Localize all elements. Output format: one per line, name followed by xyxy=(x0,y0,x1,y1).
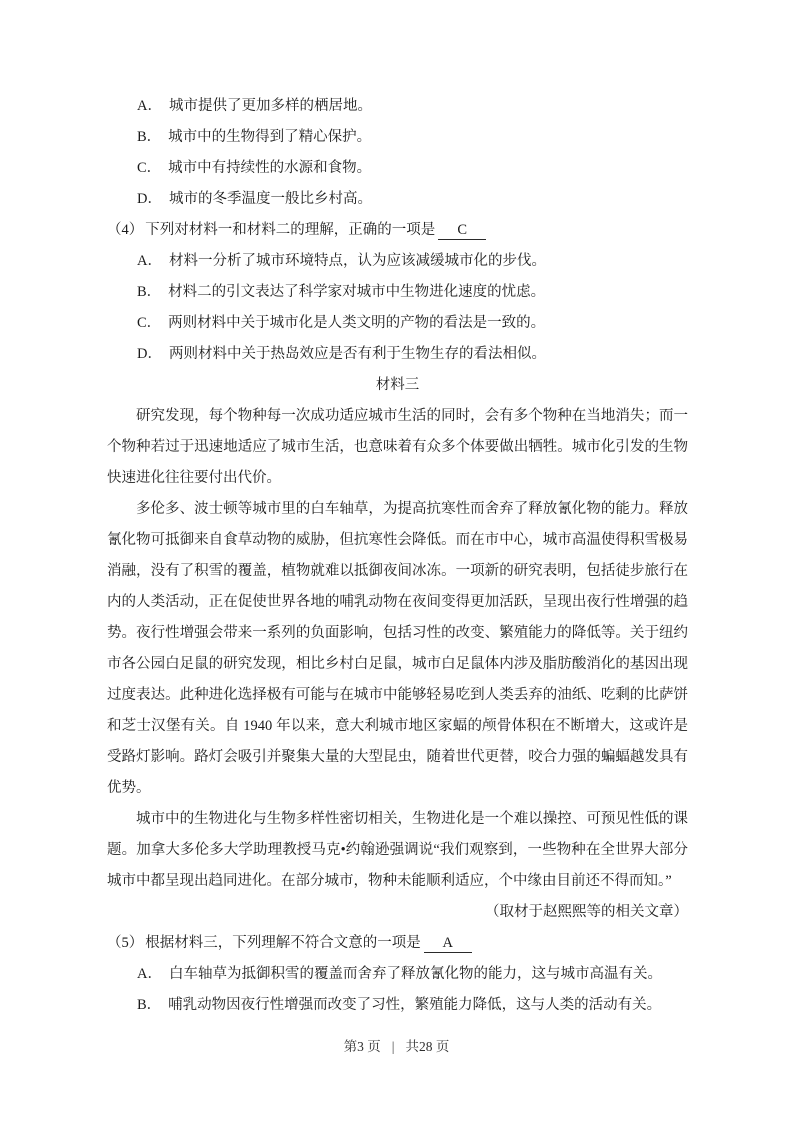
question-stem: 下列对材料一和材料二的理解，正确的一项是 xyxy=(145,222,435,238)
option-text: 城市提供了更加多样的栖居地。 xyxy=(169,98,372,114)
page-content: A．城市提供了更加多样的栖居地。 B．城市中的生物得到了精心保护。 C．城市中有… xyxy=(107,91,688,1021)
option-letter: B． xyxy=(137,990,161,1021)
q4-option-c: C．两则材料中关于城市化是人类文明的产物的看法是一致的。 xyxy=(107,308,688,339)
prev-option-b: B．城市中的生物得到了精心保护。 xyxy=(107,122,688,153)
footer-page-total: 共28 页 xyxy=(405,1039,449,1054)
footer-page-current: 第3 页 xyxy=(344,1039,381,1054)
q4-option-b: B．材料二的引文表达了科学家对城市中生物进化速度的忧虑。 xyxy=(107,277,688,308)
question-4: （4）下列对材料一和材料二的理解，正确的一项是C xyxy=(107,215,688,246)
page-footer: 第3 页|共28 页 xyxy=(0,1031,793,1062)
option-text: 两则材料中关于热岛效应是否有利于生物生存的看法相似。 xyxy=(169,346,546,362)
q5-option-b: B．哺乳动物因夜行性增强而改变了习性，繁殖能力降低，这与人类的活动有关。 xyxy=(107,990,688,1021)
option-letter: D． xyxy=(137,184,162,215)
prev-option-c: C．城市中有持续性的水源和食物。 xyxy=(107,153,688,184)
option-text: 城市中的生物得到了精心保护。 xyxy=(168,129,371,145)
option-text: 城市的冬季温度一般比乡村高。 xyxy=(169,191,372,207)
answer-blank-q4: C xyxy=(438,222,486,240)
question-number: （4） xyxy=(107,215,143,246)
option-letter: A． xyxy=(137,959,162,990)
question-5: （5）根据材料三，下列理解不符合文意的一项是A xyxy=(107,928,688,959)
option-text: 两则材料中关于城市化是人类文明的产物的看法是一致的。 xyxy=(168,315,545,331)
option-letter: A． xyxy=(137,246,162,277)
source-attribution: （取材于赵熙熙等的相关文章） xyxy=(107,897,688,928)
prev-option-a: A．城市提供了更加多样的栖居地。 xyxy=(107,91,688,122)
option-text: 白车轴草为抵御积雪的覆盖而舍弃了释放氰化物的能力，这与城市高温有关。 xyxy=(169,966,662,982)
option-letter: B． xyxy=(137,277,161,308)
prev-option-d: D．城市的冬季温度一般比乡村高。 xyxy=(107,184,688,215)
question-stem: 根据材料三，下列理解不符合文意的一项是 xyxy=(145,935,421,951)
option-text: 城市中有持续性的水源和食物。 xyxy=(168,160,371,176)
q4-option-a: A．材料一分析了城市环境特点，认为应该减缓城市化的步伐。 xyxy=(107,246,688,277)
option-letter: B． xyxy=(137,122,161,153)
answer-blank-q5: A xyxy=(424,935,472,953)
option-text: 材料二的引文表达了科学家对城市中生物进化速度的忧虑。 xyxy=(168,284,545,300)
option-letter: D． xyxy=(137,339,162,370)
option-letter: C． xyxy=(137,308,161,339)
option-letter: A． xyxy=(137,91,162,122)
footer-separator: | xyxy=(392,1031,395,1062)
document-page: A．城市提供了更加多样的栖居地。 B．城市中的生物得到了精心保护。 C．城市中有… xyxy=(0,0,793,1122)
material-3-paragraph-1: 研究发现，每个物种每一次成功适应城市生活的同时，会有多个物种在当地消失；而一个物… xyxy=(107,401,688,494)
material-3-paragraph-2: 多伦多、波士顿等城市里的白车轴草，为提高抗寒性而舍弃了释放氰化物的能力。释放氰化… xyxy=(107,494,688,804)
question-number: （5） xyxy=(107,928,143,959)
q5-option-a: A．白车轴草为抵御积雪的覆盖而舍弃了释放氰化物的能力，这与城市高温有关。 xyxy=(107,959,688,990)
option-letter: C． xyxy=(137,153,161,184)
option-text: 材料一分析了城市环境特点，认为应该减缓城市化的步伐。 xyxy=(169,253,546,269)
material-3-paragraph-3: 城市中的生物进化与生物多样性密切相关，生物进化是一个难以操控、可预见性低的课题。… xyxy=(107,804,688,897)
q4-option-d: D．两则材料中关于热岛效应是否有利于生物生存的看法相似。 xyxy=(107,339,688,370)
option-text: 哺乳动物因夜行性增强而改变了习性，繁殖能力降低，这与人类的活动有关。 xyxy=(168,997,661,1013)
material-3-heading: 材料三 xyxy=(107,370,688,401)
